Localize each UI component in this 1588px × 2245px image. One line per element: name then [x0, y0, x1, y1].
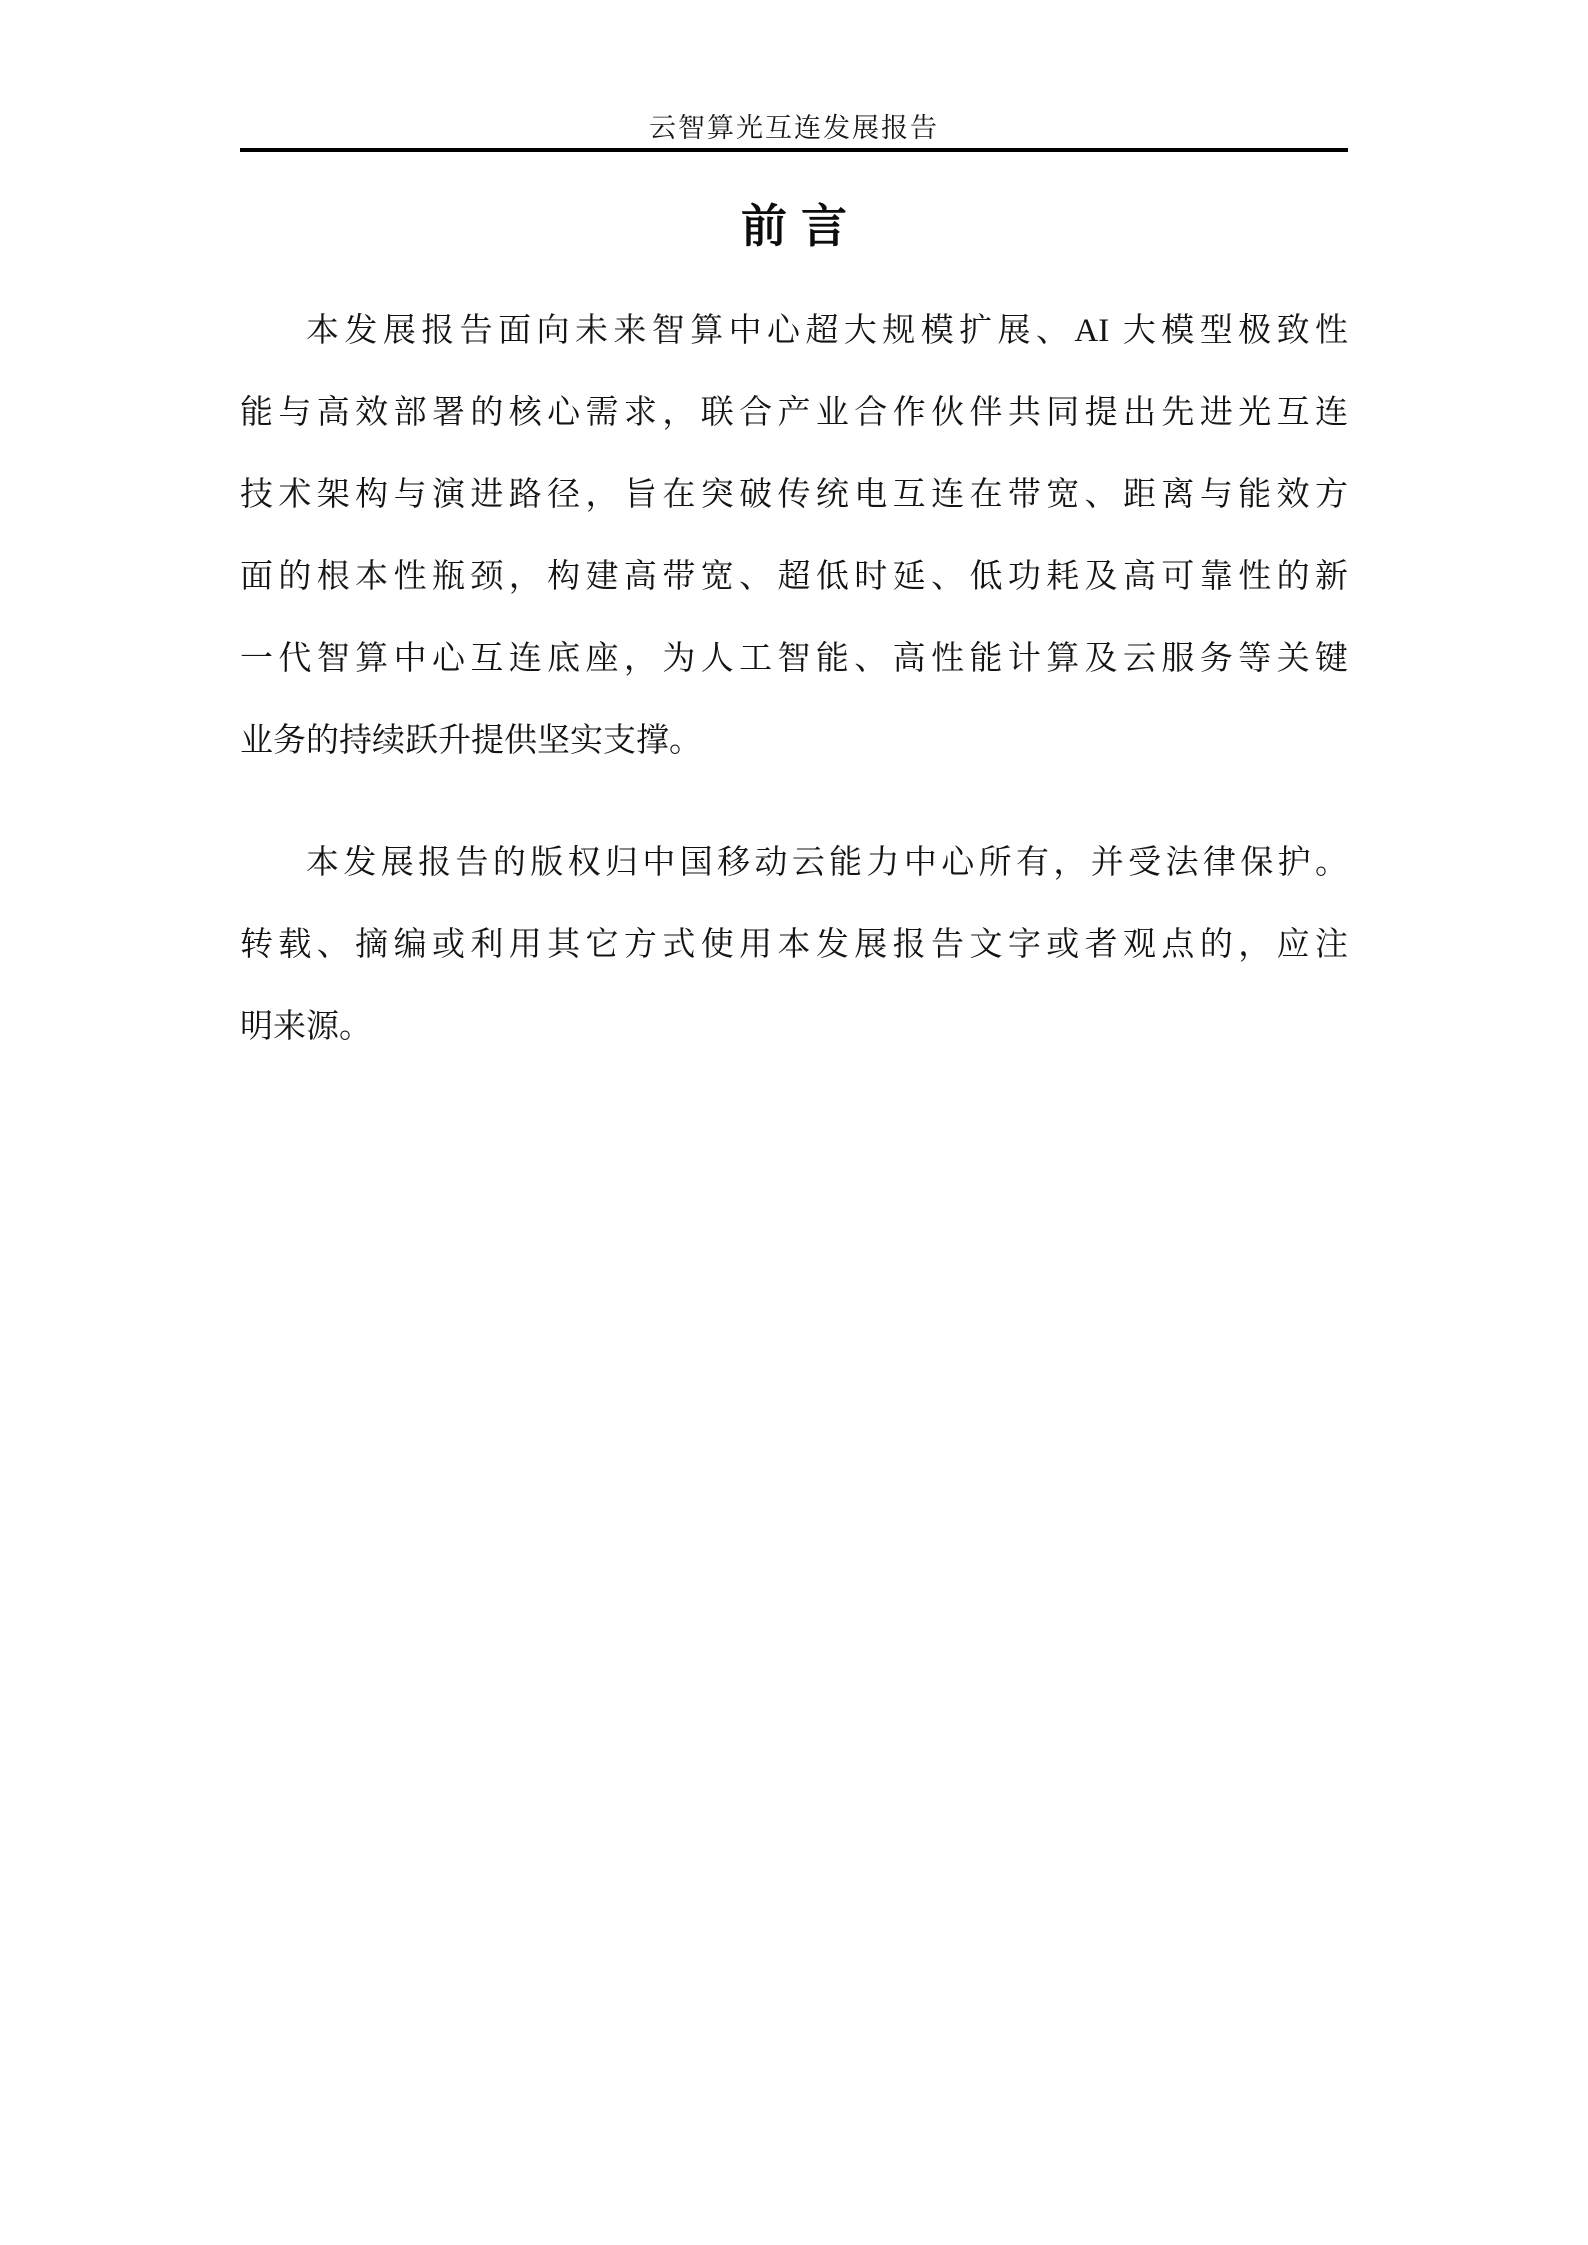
body-line: 技术架构与演进路径，旨在突破传统电互连在带宽、距离与能效方: [240, 454, 1348, 536]
body-line: 转载、摘编或利用其它方式使用本发展报告文字或者观点的，应注: [240, 904, 1348, 986]
body-text: 本发展报告面向未来智算中心超大规模扩展、AI 大模型极致性 能与高效部署的核心需…: [240, 290, 1348, 1108]
header-rule: [240, 148, 1348, 152]
body-line: 一代智算中心互连底座，为人工智能、高性能计算及云服务等关键: [240, 618, 1348, 700]
body-line: 能与高效部署的核心需求，联合产业合作伙伴共同提出先进光互连: [240, 372, 1348, 454]
paragraph-2: 本发展报告的版权归中国移动云能力中心所有，并受法律保护。 转载、摘编或利用其它方…: [240, 822, 1348, 1068]
body-line: 明来源。: [240, 986, 1348, 1068]
paragraph-1: 本发展报告面向未来智算中心超大规模扩展、AI 大模型极致性 能与高效部署的核心需…: [240, 290, 1348, 782]
body-line: 本发展报告面向未来智算中心超大规模扩展、AI 大模型极致性: [240, 290, 1348, 372]
body-line: 业务的持续跃升提供坚实支撑。: [240, 700, 1348, 782]
document-page: 云智算光互连发展报告 前言 本发展报告面向未来智算中心超大规模扩展、AI 大模型…: [0, 0, 1588, 2245]
running-header: 云智算光互连发展报告: [0, 106, 1588, 145]
body-line: 面的根本性瓶颈，构建高带宽、超低时延、低功耗及高可靠性的新: [240, 536, 1348, 618]
section-title: 前言: [0, 190, 1588, 256]
body-line: 本发展报告的版权归中国移动云能力中心所有，并受法律保护。: [240, 822, 1348, 904]
